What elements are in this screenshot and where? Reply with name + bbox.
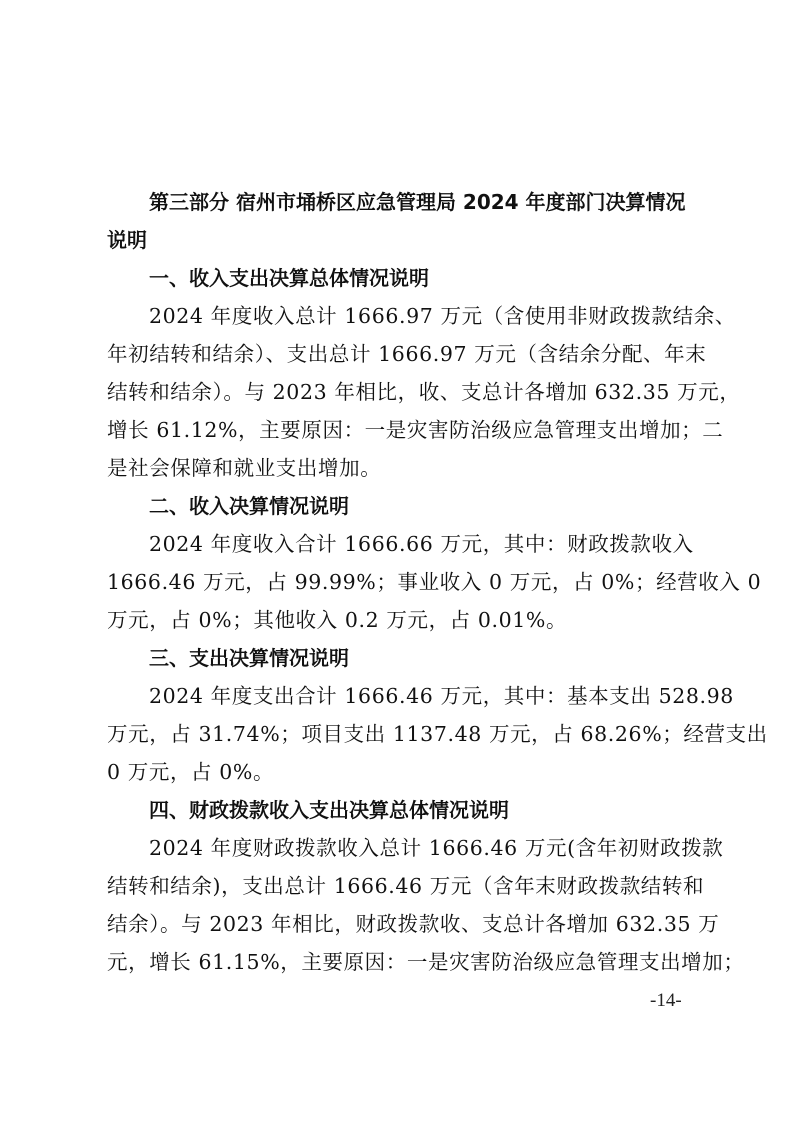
section-heading: 四、财政拨款收入支出决算总体情况说明 bbox=[107, 791, 691, 829]
paragraph-line: 2024 年度收入合计 1666.66 万元，其中：财政拨款收入 bbox=[107, 525, 691, 563]
paragraph-line: 2024 年度支出合计 1666.46 万元，其中：基本支出 528.98 bbox=[107, 677, 691, 715]
paragraph-line: 2024 年度财政拨款收入总计 1666.46 万元(含年初财政拨款 bbox=[107, 829, 691, 867]
paragraph-line: 万元，占 31.74%；项目支出 1137.48 万元，占 68.26%；经营支… bbox=[107, 715, 691, 753]
paragraph-line: 1666.46 万元，占 99.99%；事业收入 0 万元，占 0%；经营收入 … bbox=[107, 563, 691, 601]
document-page: 第三部分 宿州市埇桥区应急管理局 2024 年度部门决算情况 说明 一、收入支出… bbox=[107, 183, 691, 981]
section-expense: 三、支出决算情况说明 2024 年度支出合计 1666.46 万元，其中：基本支… bbox=[107, 639, 691, 791]
document-title-line-1: 第三部分 宿州市埇桥区应急管理局 2024 年度部门决算情况 bbox=[107, 183, 691, 221]
section-income-expense-overview: 一、收入支出决算总体情况说明 2024 年度收入总计 1666.97 万元（含使… bbox=[107, 259, 691, 487]
paragraph-line: 2024 年度收入总计 1666.97 万元（含使用非财政拨款结余、 bbox=[107, 297, 691, 335]
section-income: 二、收入决算情况说明 2024 年度收入合计 1666.66 万元，其中：财政拨… bbox=[107, 487, 691, 639]
paragraph-line: 结余）。与 2023 年相比，财政拨款收、支总计各增加 632.35 万 bbox=[107, 905, 691, 943]
paragraph-line: 年初结转和结余）、支出总计 1666.97 万元（含结余分配、年末 bbox=[107, 335, 691, 373]
section-heading: 一、收入支出决算总体情况说明 bbox=[107, 259, 691, 297]
paragraph-line: 增长 61.12%，主要原因：一是灾害防治级应急管理支出增加；二 bbox=[107, 411, 691, 449]
section-fiscal-appropriation: 四、财政拨款收入支出决算总体情况说明 2024 年度财政拨款收入总计 1666.… bbox=[107, 791, 691, 981]
section-heading: 二、收入决算情况说明 bbox=[107, 487, 691, 525]
paragraph-line: 元，增长 61.15%，主要原因：一是灾害防治级应急管理支出增加； bbox=[107, 943, 691, 981]
paragraph-line: 0 万元，占 0%。 bbox=[107, 753, 691, 791]
document-title-line-2: 说明 bbox=[107, 221, 691, 259]
paragraph-line: 是社会保障和就业支出增加。 bbox=[107, 449, 691, 487]
paragraph-line: 万元，占 0%；其他收入 0.2 万元，占 0.01%。 bbox=[107, 601, 691, 639]
paragraph-line: 结转和结余)，支出总计 1666.46 万元（含年末财政拨款结转和 bbox=[107, 867, 691, 905]
page-number: -14- bbox=[650, 990, 710, 1012]
section-heading: 三、支出决算情况说明 bbox=[107, 639, 691, 677]
paragraph-line: 结转和结余）。与 2023 年相比，收、支总计各增加 632.35 万元， bbox=[107, 373, 691, 411]
